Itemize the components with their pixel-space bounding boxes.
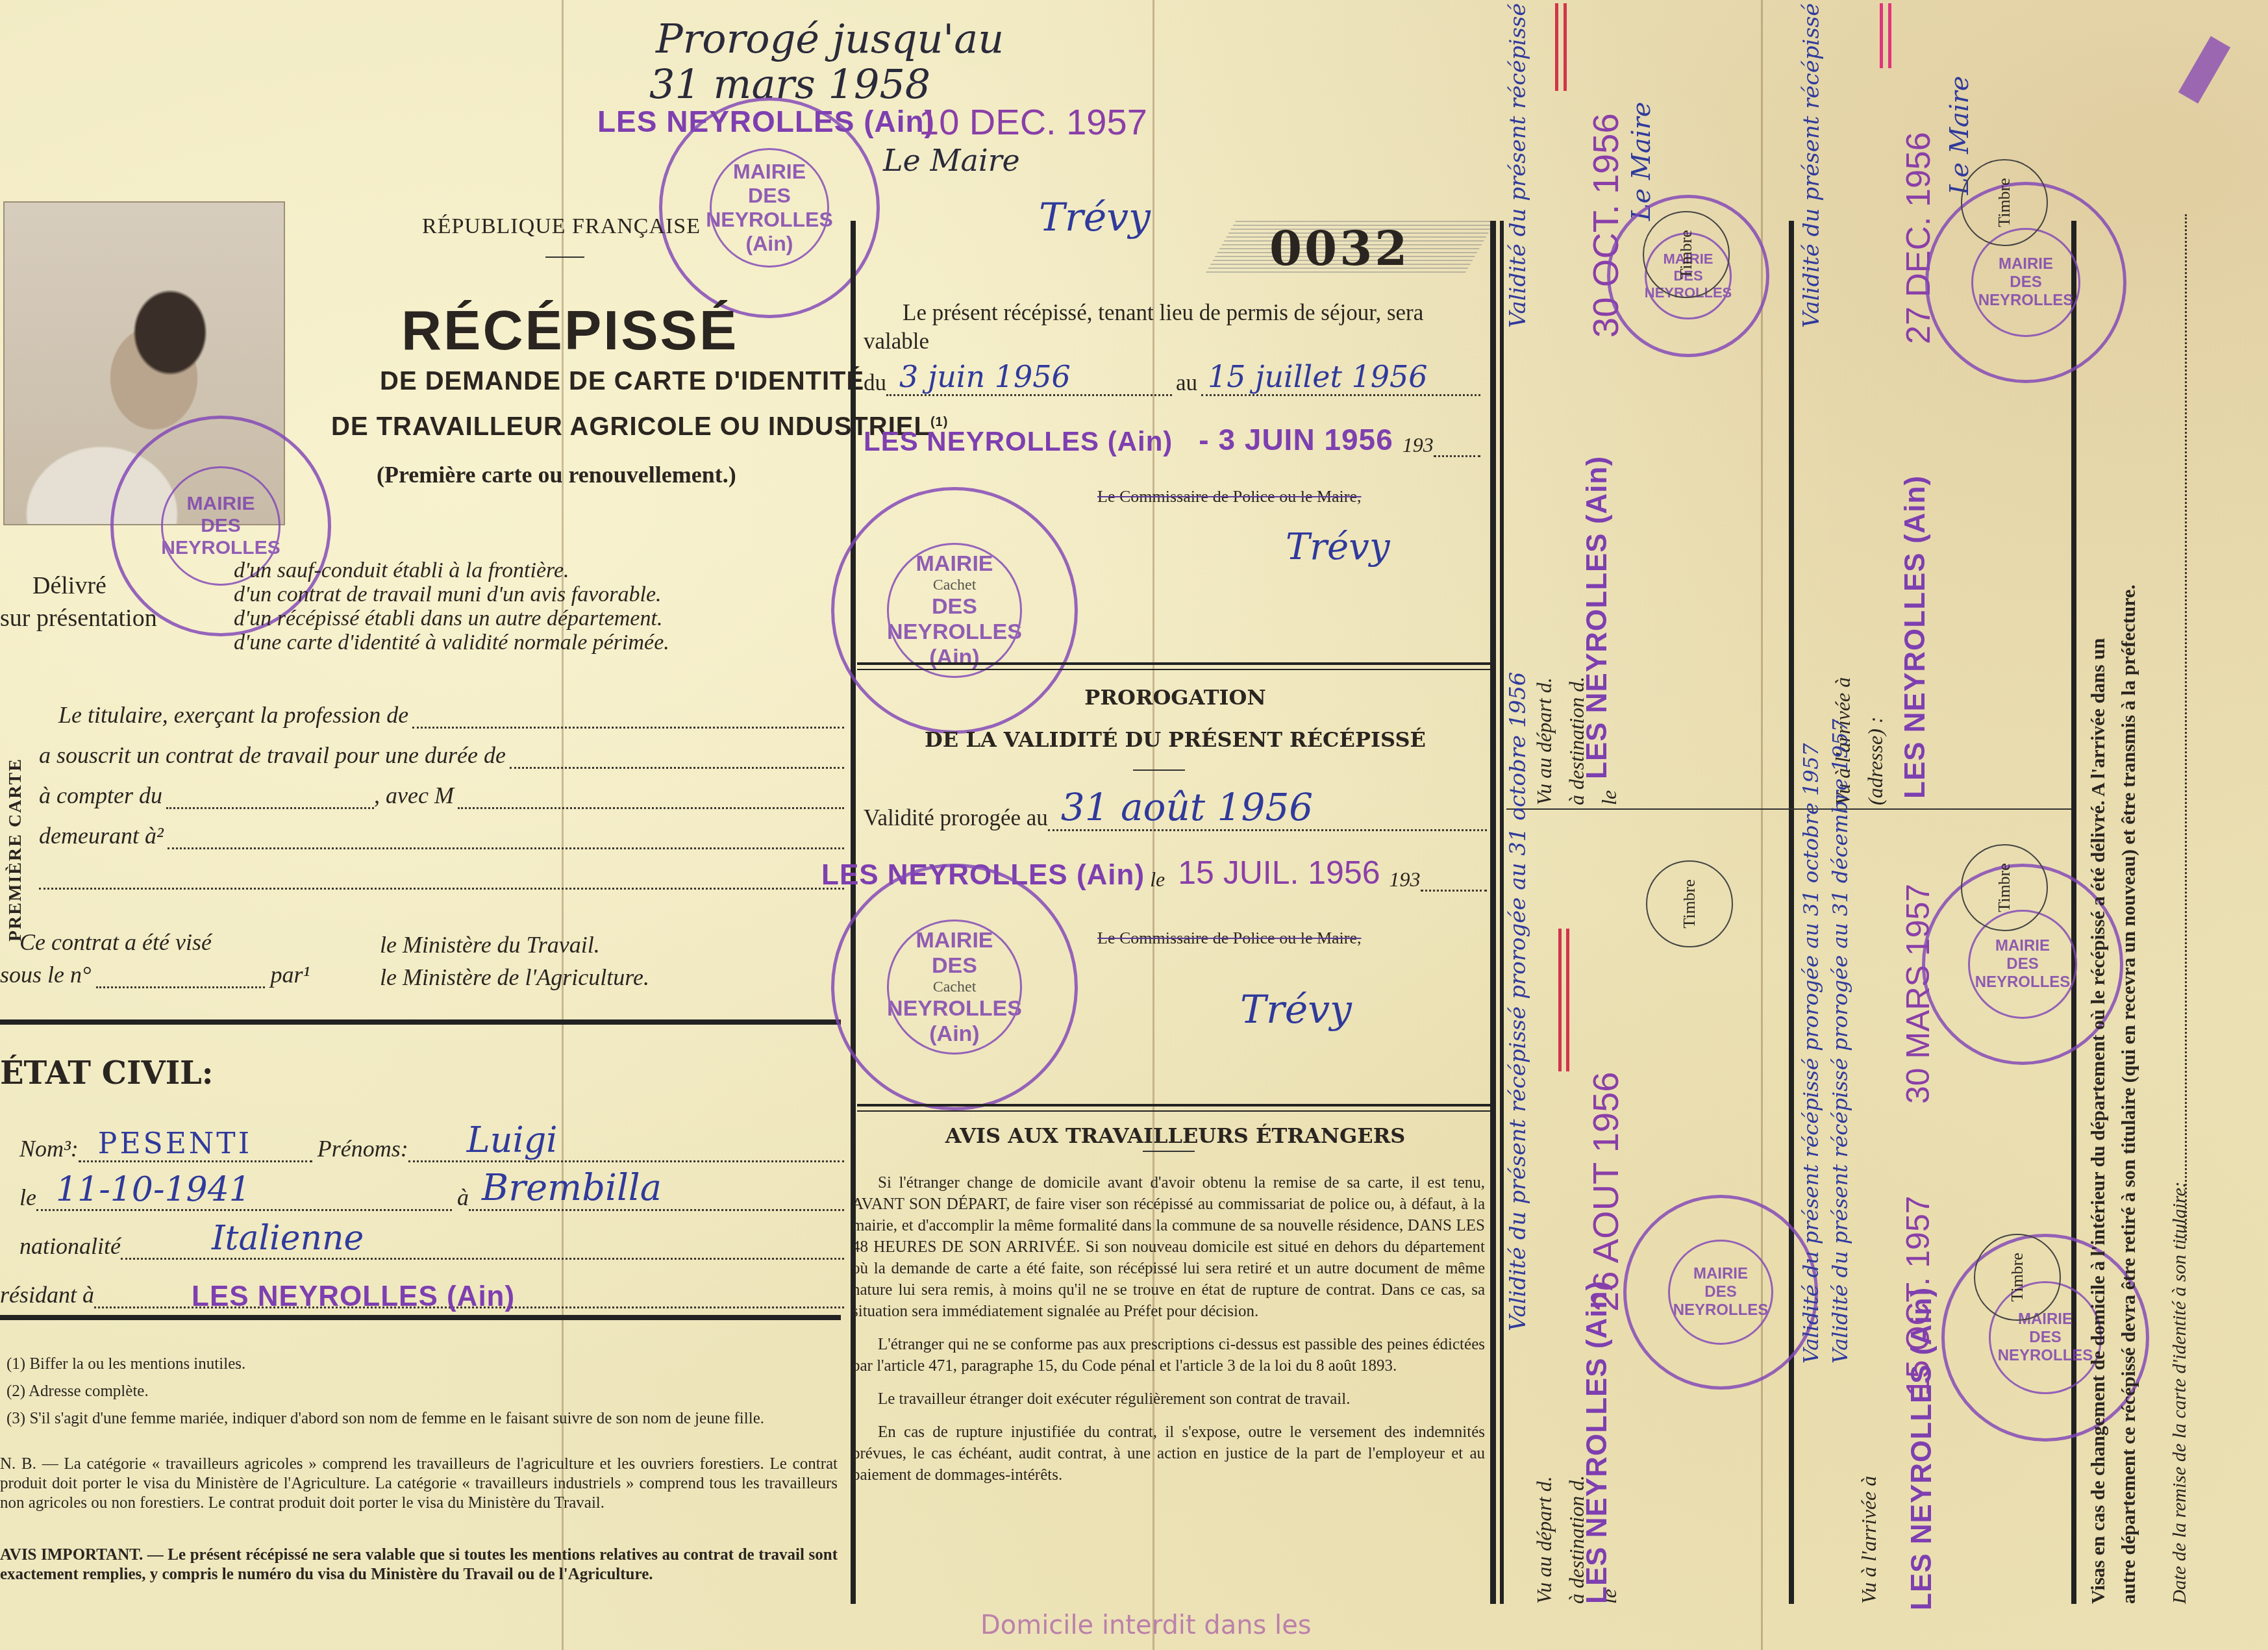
birth-date-field[interactable]: 11-10-1941	[36, 1209, 452, 1211]
avis-important: AVIS IMPORTANT. — Le présent récépissé n…	[0, 1545, 838, 1584]
delivery-option: d'un contrat de travail muni d'un avis f…	[234, 582, 669, 606]
ministries: le Ministère du Travail. le Ministère de…	[380, 929, 649, 994]
visa-stamp-place: LES NEYROLLES (Ain)	[1906, 1287, 1938, 1610]
subtitle-1: DE DEMANDE DE CARTE D'IDENTITÉ	[380, 367, 864, 396]
profession-field[interactable]	[412, 727, 844, 729]
nom-field[interactable]: PESENTI	[79, 1160, 312, 1162]
prorogation-signatory: Le Commissaire de Police ou le Maire,	[1097, 929, 1362, 948]
validity-from-field[interactable]: 3 juin 1956	[886, 394, 1172, 396]
mayor-signature: Trévy	[1039, 195, 1151, 240]
visa-depart-label: Vu au départ d.	[1532, 1476, 1556, 1604]
footnote: (1) Biffer la ou les mentions inutiles.	[6, 1351, 841, 1378]
timbre-circle: Timbre	[1646, 860, 1733, 947]
premiere-carte-fields: Le titulaire, exerçant la profession de …	[39, 688, 844, 890]
visas-instructions-1: Visas en cas de changement de domicile à…	[2087, 638, 2110, 1604]
footnote: (3) S'il s'agit d'une femme mariée, indi…	[6, 1405, 841, 1432]
red-rule	[1564, 3, 1567, 91]
delivery-label-2: sur présentation	[0, 604, 157, 632]
prorogation-heading-1: PROROGATION	[857, 685, 1493, 710]
residence-field[interactable]: LES NEYROLLES (Ain)	[94, 1306, 844, 1308]
section-rule	[0, 1019, 841, 1025]
red-rule	[1888, 3, 1891, 68]
receipt-number: 0032	[1269, 221, 1410, 276]
avis-travailleurs-heading: AVIS AUX TRAVAILLEURS ÉTRANGERS	[857, 1123, 1493, 1148]
visa-stamp-date: 26 AOUT 1956	[1584, 1072, 1626, 1312]
top-stamp-date: 10 DEC. 1957	[919, 101, 1147, 143]
red-rule	[1555, 3, 1558, 91]
start-date-field[interactable]	[166, 807, 374, 809]
mairie-seal: MAIRIEDESNEYROLLES(Ain)	[659, 97, 880, 318]
section-rule	[857, 669, 1493, 670]
prorogation-heading-2: DE LA VALIDITÉ DU PRÉSENT RÉCÉPISSÉ	[857, 727, 1493, 752]
section-rule	[857, 662, 1493, 665]
address-field-2[interactable]	[39, 888, 844, 890]
visa-depart-label: Vu au départ d.	[1532, 677, 1556, 805]
birth-place-field[interactable]: Brembilla	[469, 1209, 844, 1211]
timbre-circle: Timbre	[1643, 211, 1730, 298]
visa-arrivee-label: Vu à l'arrivée à	[1857, 1476, 1881, 1604]
date-remise-label: Date de la remise de la carte d'identité…	[2169, 1181, 2191, 1604]
red-rule	[1566, 929, 1569, 1071]
delivery-option: d'un récépissé établi dans un autre dépa…	[234, 606, 669, 631]
top-signature-label: Le Maire	[883, 143, 1020, 178]
visa-stamp-place: LES NEYROLLES (Ain)	[1581, 456, 1614, 779]
handwritten-extension: Prorogé jusqu'au 31 mars 1958	[656, 16, 1004, 107]
red-rule	[1880, 3, 1883, 68]
footnote: (2) Adresse complète.	[6, 1378, 841, 1405]
section-rule	[0, 1315, 841, 1320]
red-rule	[1558, 929, 1562, 1071]
domicile-interdit-stamp: Domicile interdit dans les	[980, 1610, 1312, 1640]
timbre-circle: Timbre	[1961, 844, 2048, 931]
address-field[interactable]	[168, 847, 844, 849]
visa-handwritten: Validité du présent récépissé prorogée a…	[1828, 719, 1852, 1364]
visa-handwritten: Validité du présent récépissé prorogée a…	[1799, 0, 1825, 328]
prenoms-field[interactable]: Luigi	[408, 1160, 844, 1162]
visa-le-label: le	[1597, 790, 1621, 805]
etat-civil-heading: ÉTAT CIVIL:	[0, 1055, 214, 1092]
validity-to-field[interactable]: 15 juillet 1956	[1201, 394, 1480, 396]
delivery-options: d'un sauf-conduit établi à la frontière.…	[234, 558, 669, 655]
prorogation-date-field[interactable]: 31 août 1956	[1048, 829, 1487, 831]
visa-handwritten: Validité du présent récépissé prorogée a…	[1799, 743, 1823, 1364]
avis-travailleurs-body: Si l'étranger change de domicile avant d…	[852, 1172, 1485, 1486]
subtitle-3: (Première carte ou renouvellement.)	[377, 461, 736, 488]
mayor-signature: Trévy	[1286, 526, 1390, 568]
timbre-circle: Timbre	[1974, 1234, 2061, 1321]
delivery-option: d'une carte d'identité à validité normal…	[234, 631, 669, 655]
employer-field[interactable]	[458, 807, 844, 809]
mairie-seal: MAIRIEDESCachetNEYROLLES(Ain)	[831, 864, 1078, 1110]
visa-number-row: sous le n°par¹	[0, 961, 310, 988]
validity-stamp-row: LES NEYROLLES (Ain) - 3 JUIN 1956 193	[864, 422, 1480, 457]
visa-handwritten: Validité du présent récépissé prorogée a…	[1505, 0, 1531, 328]
footnotes: (1) Biffer la ou les mentions inutiles. …	[6, 1351, 841, 1432]
visa-number-field[interactable]	[96, 961, 265, 988]
delivery-label-1: Délivré	[32, 571, 106, 600]
visa-divider	[1506, 808, 2071, 810]
timbre-circle: Timbre	[1961, 159, 2048, 246]
premiere-carte-label: PREMIÈRE CARTE	[5, 758, 26, 942]
visa-stamp-place: LES NEYROLLES (Ain)	[1581, 1281, 1614, 1604]
etat-civil-fields: Nom³: PESENTI Prénoms: Luigi le 11-10-19…	[19, 1114, 844, 1308]
validity-period: du 3 juin 1956 au 15 juillet 1956	[864, 370, 1480, 396]
column-rule	[1500, 221, 1504, 1604]
section-rule	[857, 1104, 1493, 1106]
visa-adresse-label: (adresse) :	[1863, 716, 1888, 805]
ink-mark	[2178, 36, 2230, 103]
validity-signatory: Le Commissaire de Police ou le Maire,	[1097, 487, 1362, 506]
column-rule	[1490, 221, 1495, 1604]
divider	[1143, 1151, 1195, 1152]
validity-intro: Le présent récépissé, tenant lieu de per…	[864, 299, 1480, 356]
document-title: RÉCÉPISSÉ	[401, 299, 738, 363]
visa-stamp-place: LES NEYROLLES (Ain)	[1899, 475, 1932, 799]
prorogation-row: Validité prorogée au 31 août 1956	[864, 805, 1487, 831]
delivery-option: d'un sauf-conduit établi à la frontière.	[234, 558, 669, 582]
mayor-signature: Trévy	[1240, 987, 1352, 1032]
divider	[1133, 769, 1185, 771]
visa-handwritten: Validité du présent récépissé prorogée a…	[1505, 672, 1531, 1331]
section-rule	[857, 1110, 1493, 1112]
column-rule	[1789, 221, 1794, 1604]
nationalite-field[interactable]: Italienne	[121, 1258, 844, 1260]
nb-note: N. B. — La catégorie « travailleurs agri…	[0, 1455, 838, 1513]
mairie-seal: MAIRIEDESNEYROLLES	[1623, 1195, 1818, 1390]
date-remise-field[interactable]	[2185, 214, 2187, 1240]
divider	[545, 256, 584, 258]
visas-instructions-2: autre département ce récépissé devra êtr…	[2118, 584, 2140, 1604]
republic-heading: RÉPUBLIQUE FRANÇAISE	[422, 214, 701, 239]
contract-duration-field[interactable]	[510, 767, 844, 769]
vise-label: Ce contrat a été visé	[19, 929, 212, 956]
